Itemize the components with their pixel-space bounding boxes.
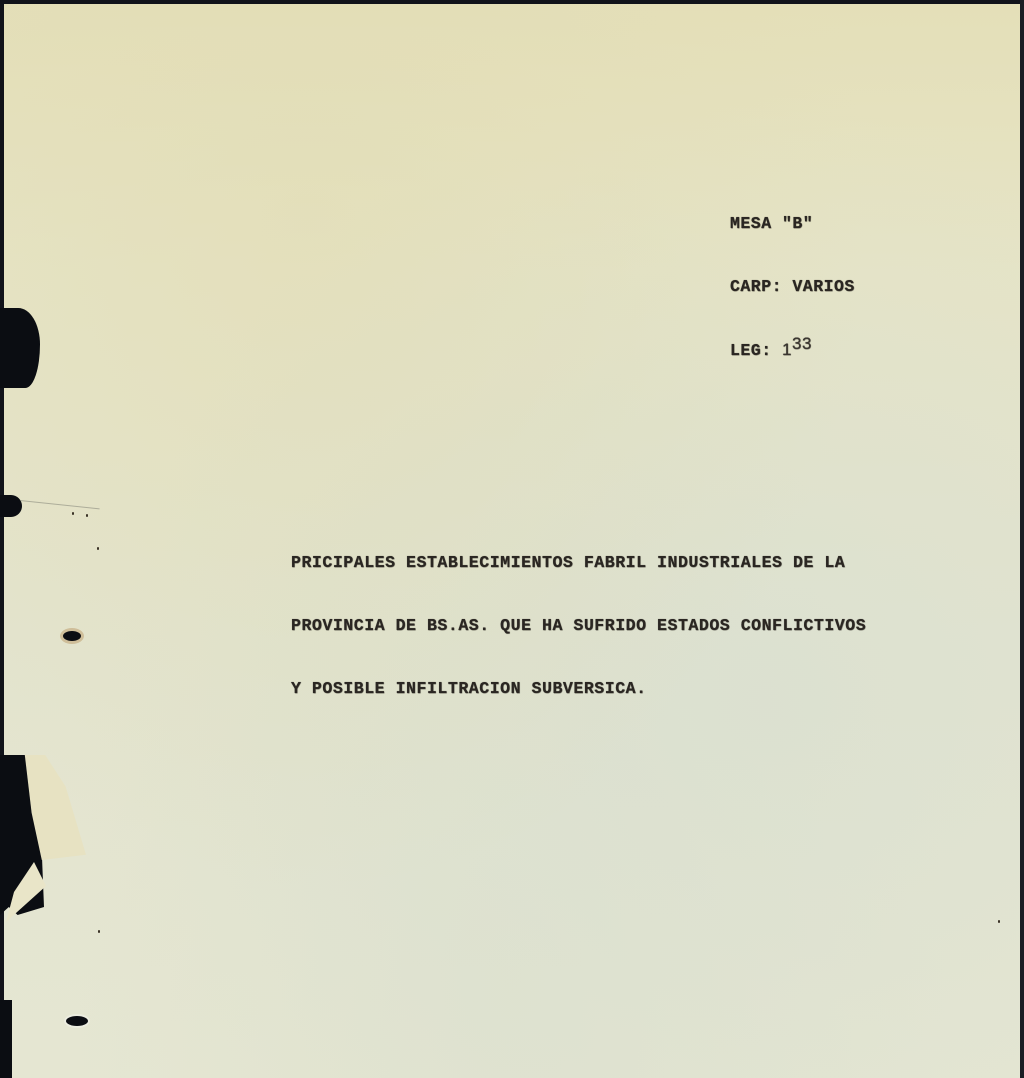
legajo-number: 1 xyxy=(782,340,792,359)
punch-hole xyxy=(63,631,81,641)
paper-tear xyxy=(0,308,40,388)
ink-speck xyxy=(98,930,100,933)
ink-speck xyxy=(86,514,88,517)
legajo-number-handwritten: 33 xyxy=(792,334,812,353)
punch-hole xyxy=(66,1016,88,1026)
mesa-label: MESA "B" xyxy=(730,213,855,234)
file-reference: MESA "B" CARP: VARIOS LEG: 133 xyxy=(730,171,855,403)
document-title: PRICIPALES ESTABLECIMIENTOS FABRIL INDUS… xyxy=(291,510,866,741)
ink-speck xyxy=(72,512,74,515)
scan-edge-left xyxy=(0,0,4,1078)
document-page: MESA "B" CARP: VARIOS LEG: 133 PRICIPALE… xyxy=(0,0,1024,1078)
legajo-label: LEG: xyxy=(730,341,782,360)
paper-crack xyxy=(20,500,100,509)
ink-speck xyxy=(97,547,99,550)
carpeta-label: CARP: VARIOS xyxy=(730,276,855,297)
paper-tear xyxy=(0,495,22,517)
paper-tear xyxy=(0,1000,12,1078)
scan-edge-right xyxy=(1020,0,1024,1078)
ink-speck xyxy=(998,920,1000,923)
legajo-line: LEG: 133 xyxy=(730,339,855,361)
scan-edge-top xyxy=(0,0,1024,4)
title-line: Y POSIBLE INFILTRACION SUBVERSICA. xyxy=(291,678,866,699)
title-line: PRICIPALES ESTABLECIMIENTOS FABRIL INDUS… xyxy=(291,552,866,573)
title-line: PROVINCIA DE BS.AS. QUE HA SUFRIDO ESTAD… xyxy=(291,615,866,636)
